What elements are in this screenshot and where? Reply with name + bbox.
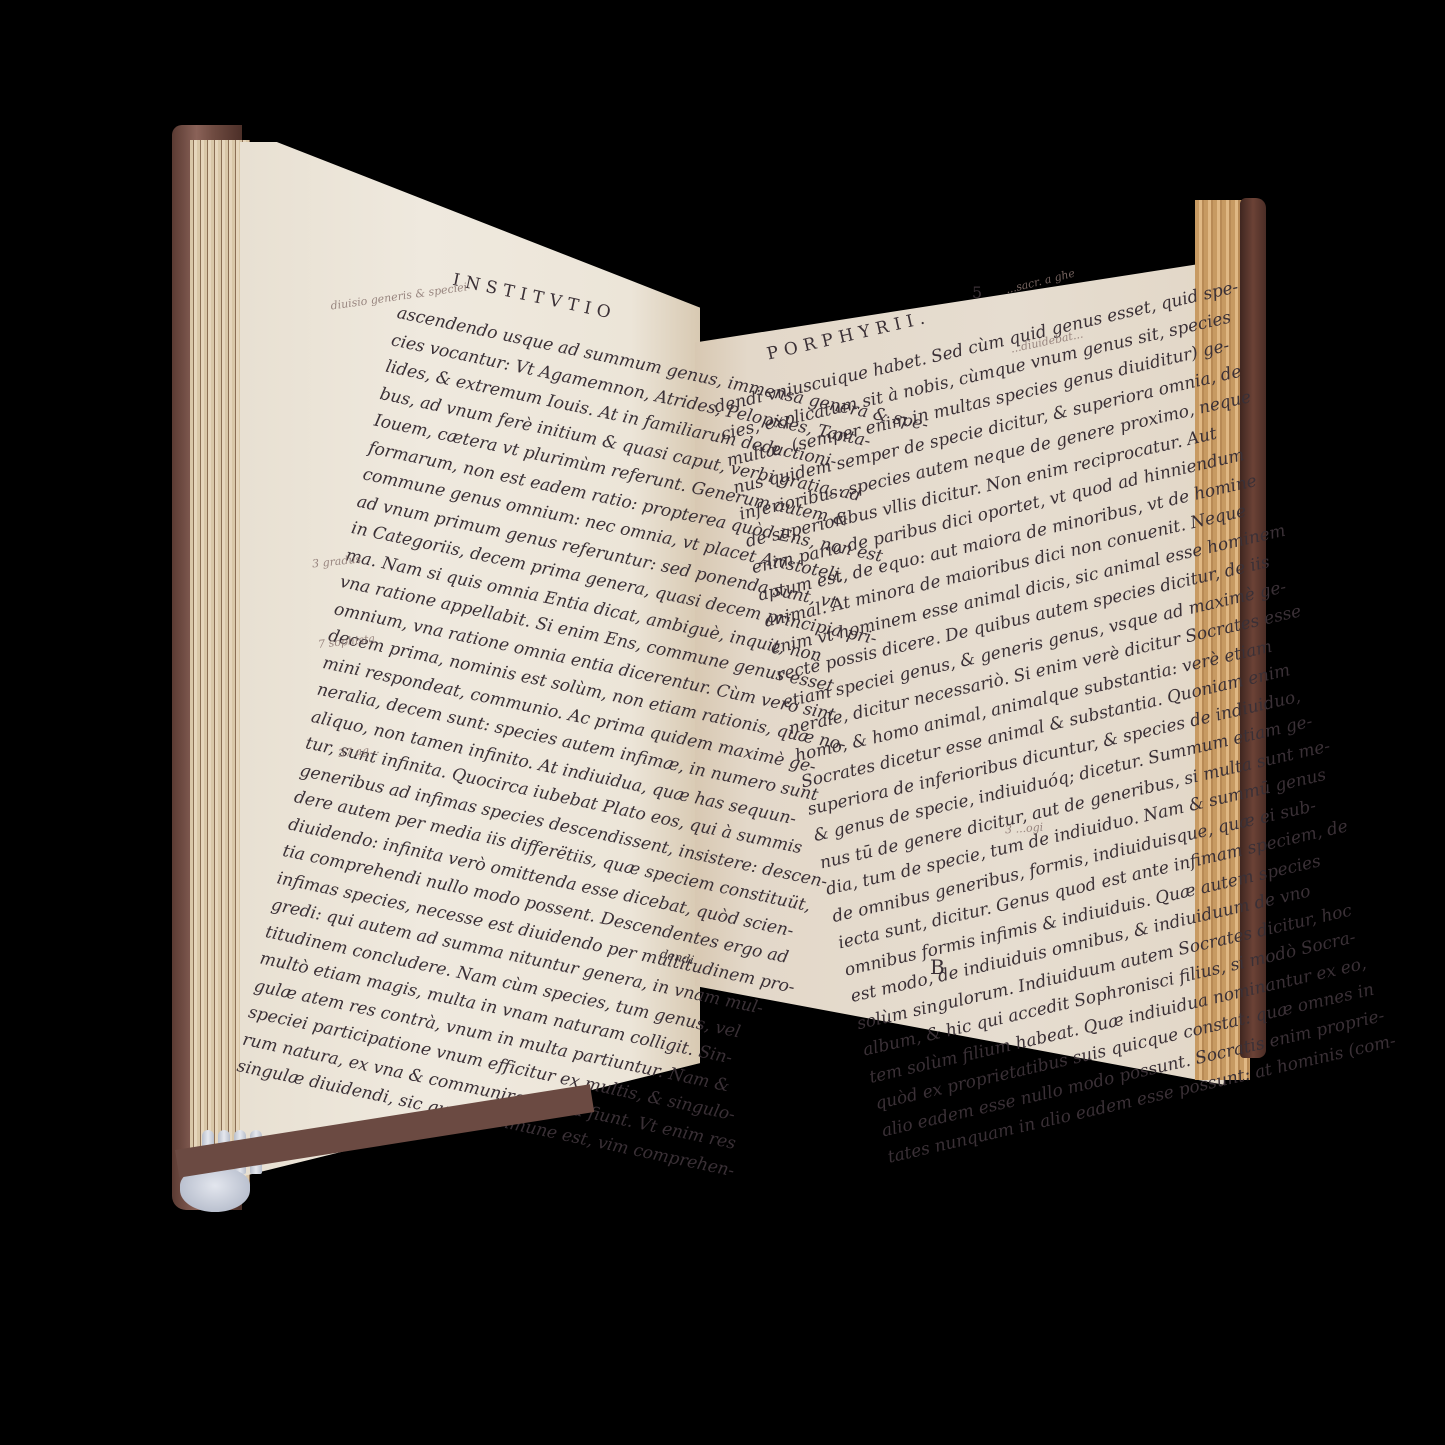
margin-annotation: 3 ...ogi xyxy=(1005,821,1044,837)
right-page-text: dendi vniuscuique habet. Sed cùm quid ge… xyxy=(712,274,1414,1172)
page-number: 5 xyxy=(972,283,982,302)
open-book-photo: INSTITVTIO ascendendo usque ad summum ge… xyxy=(0,0,1445,1445)
signature-mark: B xyxy=(930,955,945,979)
